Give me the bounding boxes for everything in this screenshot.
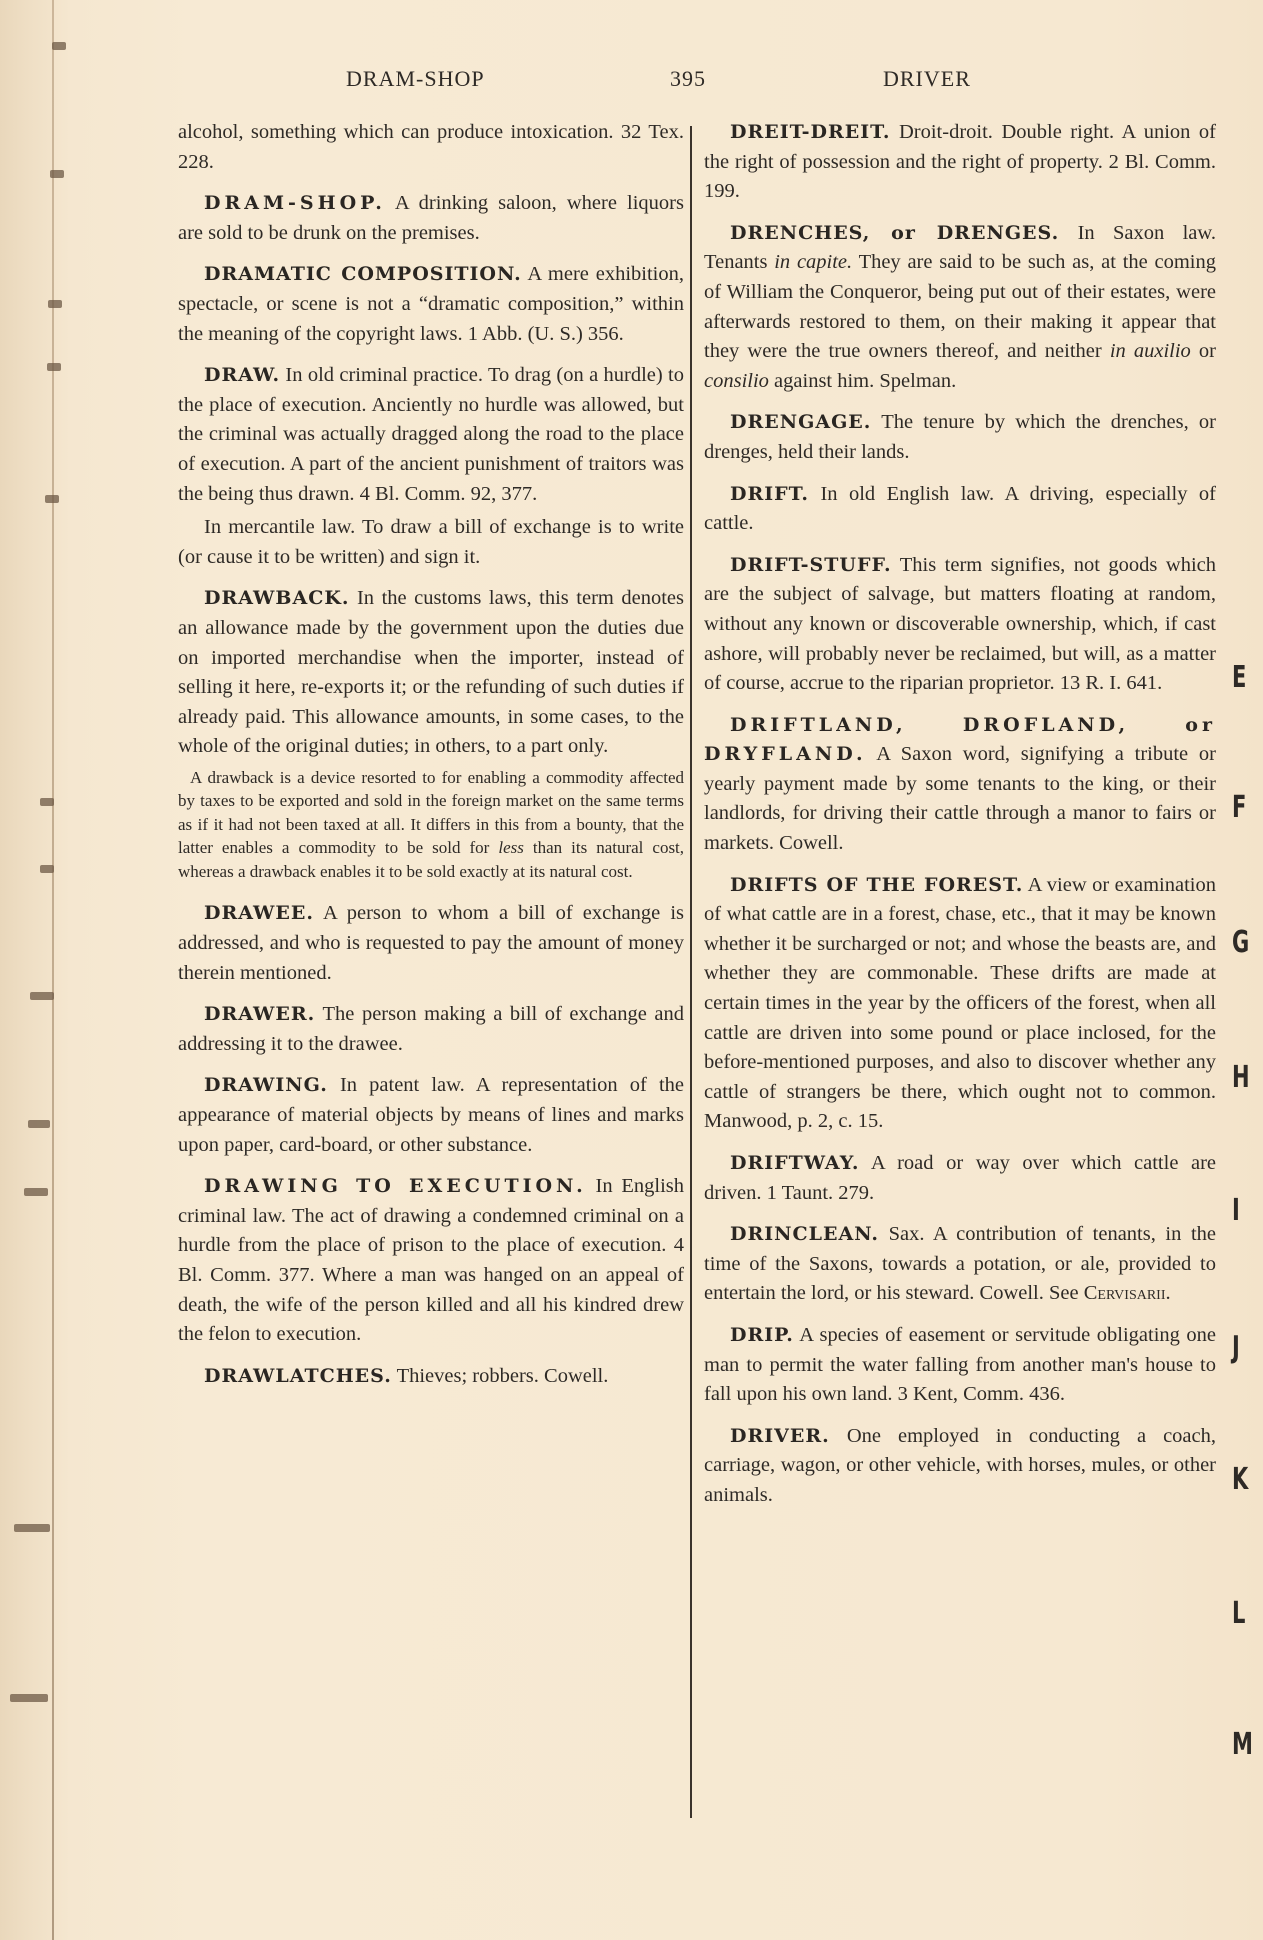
entry-headword: DRAWEE.: [204, 902, 314, 924]
thumb-index-tab-e[interactable]: E: [1232, 660, 1246, 695]
thumb-index-tab-g[interactable]: G: [1232, 925, 1249, 960]
entry-headword: DRENCHES, or DRENGES.: [730, 222, 1059, 244]
entry-headword: DRIFTWAY.: [730, 1152, 859, 1174]
entry-definition: In the customs laws, this term denotes a…: [178, 587, 684, 757]
entry-headword: DRAWLATCHES.: [204, 1365, 392, 1387]
entry-headword: DRAWER.: [204, 1003, 315, 1025]
dictionary-entry: DRINCLEAN. Sax. A contribution of tenant…: [704, 1220, 1216, 1309]
binding-stitch: [48, 300, 62, 308]
binding-stitch: [30, 992, 54, 1000]
entry-headword: DRINCLEAN.: [730, 1223, 879, 1245]
thumb-index-tab-f[interactable]: F: [1232, 790, 1246, 825]
thumb-index-tab-i[interactable]: I: [1232, 1193, 1240, 1228]
binding-stitch: [14, 1524, 50, 1532]
cross-reference: Cervisarii.: [1084, 1282, 1171, 1304]
entry-definition: In English criminal law. The act of draw…: [178, 1175, 684, 1345]
binding-stitch: [10, 1694, 48, 1702]
entry-note: A drawback is a device resorted to for e…: [178, 766, 684, 884]
binding-stitch: [28, 1120, 50, 1128]
entry-headword: DRIFTS OF THE FOREST.: [730, 874, 1023, 896]
continued-entry-text: alcohol, something which can produce int…: [178, 118, 684, 177]
dictionary-entry: DRAMATIC COMPOSITION. A mere exhibition,…: [178, 260, 684, 349]
binding-stitch: [47, 363, 61, 371]
thumb-index-tab-h[interactable]: H: [1232, 1060, 1250, 1095]
dictionary-entry: DRAW. In old criminal practice. To drag …: [178, 361, 684, 509]
binding-stitch: [40, 865, 54, 873]
left-guide-word: DRAM-SHOP: [346, 66, 485, 92]
entry-headword: DRAWING.: [204, 1074, 328, 1096]
dictionary-entry: DRIFTWAY. A road or way over which cattl…: [704, 1149, 1216, 1208]
dictionary-entry: DRIFT-STUFF. This term signifies, not go…: [704, 551, 1216, 699]
entry-definition: or: [1199, 340, 1216, 362]
entry-headword: DRAM-SHOP.: [204, 192, 386, 214]
thumb-index-tab-k[interactable]: K: [1232, 1462, 1248, 1497]
entry-definition: A view or examination of what cattle are…: [704, 874, 1216, 1133]
entry-headword: DRIVER.: [730, 1425, 830, 1447]
entry-headword: DREIT-DREIT.: [730, 121, 890, 143]
binding-fold: [52, 0, 54, 1940]
binding-stitch: [40, 798, 54, 806]
entry-latin-term: in auxilio: [1110, 340, 1191, 362]
binding-stitch: [45, 495, 59, 503]
dictionary-entry: DRENCHES, or DRENGES. In Saxon law. Tena…: [704, 219, 1216, 397]
binding-stitch: [52, 42, 66, 50]
dictionary-entry: DRAWING. In patent law. A representation…: [178, 1071, 684, 1160]
dictionary-entry: DRIP. A species of easement or servitude…: [704, 1321, 1216, 1410]
thumb-index-tab-j[interactable]: J: [1232, 1330, 1240, 1365]
dictionary-entry: DRAWER. The person making a bill of exch…: [178, 1000, 684, 1059]
thumb-index-tab-l[interactable]: L: [1232, 1596, 1245, 1631]
left-column: alcohol, something which can produce int…: [178, 118, 684, 1403]
dictionary-entry: DRAWBACK. In the customs laws, this term…: [178, 584, 684, 762]
entry-headword: DRAW.: [204, 364, 280, 386]
entry-headword: DRIFT.: [730, 483, 809, 505]
entry-headword: DRAWBACK.: [204, 587, 349, 609]
dictionary-entry: DRAWLATCHES. Thieves; robbers. Cowell.: [178, 1362, 684, 1392]
entry-latin-term: consilio: [704, 370, 769, 392]
entry-headword: DRIP.: [730, 1324, 794, 1346]
column-divider: [690, 126, 692, 1818]
dictionary-entry: DRIFTS OF THE FOREST. A view or examinat…: [704, 871, 1216, 1137]
dictionary-entry: DRIFTLAND, DROFLAND, or DRYFLAND. A Saxo…: [704, 711, 1216, 859]
dictionary-entry: DRAWING TO EXECUTION. In English crimina…: [178, 1172, 684, 1350]
entry-latin-term: in capite.: [774, 251, 852, 273]
book-gutter: [0, 0, 60, 1940]
dictionary-entry: DRIFT. In old English law. A driving, es…: [704, 480, 1216, 539]
dictionary-entry: DREIT-DREIT. Droit-droit. Double right. …: [704, 118, 1216, 207]
page-number: 395: [670, 66, 706, 92]
binding-stitch: [50, 170, 64, 178]
entry-sub-definition: In mercantile law. To draw a bill of exc…: [178, 513, 684, 572]
dictionary-entry: DRENGAGE. The tenure by which the drench…: [704, 408, 1216, 467]
entry-definition: against him. Spelman.: [774, 370, 956, 392]
entry-definition: Thieves; robbers. Cowell.: [397, 1365, 609, 1387]
dictionary-entry: DRAWEE. A person to whom a bill of excha…: [178, 899, 684, 988]
dictionary-entry: DRIVER. One employed in conducting a coa…: [704, 1422, 1216, 1511]
entry-headword: DRENGAGE.: [730, 411, 871, 433]
note-italic-text: less: [498, 838, 524, 857]
entry-headword: DRAMATIC COMPOSITION.: [204, 263, 522, 285]
entry-headword: DRAWING TO EXECUTION.: [204, 1175, 587, 1197]
right-column: DREIT-DREIT. Droit-droit. Double right. …: [704, 118, 1216, 1523]
binding-stitch: [24, 1188, 48, 1196]
right-guide-word: DRIVER: [883, 66, 971, 92]
thumb-index-tab-m[interactable]: M: [1232, 1727, 1253, 1762]
entry-headword: DRIFT-STUFF.: [730, 554, 892, 576]
dictionary-entry: DRAM-SHOP. A drinking saloon, where liqu…: [178, 189, 684, 248]
